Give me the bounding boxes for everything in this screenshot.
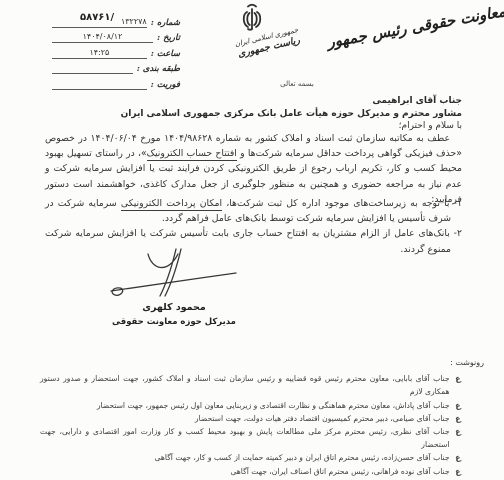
cc-bullet-icon: ع: [453, 398, 461, 412]
cc-list: ع جناب آقای بابایی، معاون محترم رئیس قوه…: [40, 372, 460, 478]
cc-bullet-icon: ع: [453, 464, 461, 478]
cc-item: ع جناب آقای پاداش، معاون محترم هماهنگی و…: [40, 399, 460, 412]
cc-item: ع جناب آقای نوده فراهانی، رئیس محترم اتا…: [40, 465, 460, 478]
department-title-calligraphy: معاونت حقوقی رئیس جمهور: [326, 3, 504, 52]
directive-1: ۱- با توجه به زیرساخت‌های موجود اداره کل…: [45, 196, 462, 226]
letterhead-fields: ۵۸۷۶۱/ شماره : ۱۳۲۲۷۸ تاریخ : ۱۴۰۴/۰۸/۱۲…: [52, 12, 180, 90]
signature-scribble: [106, 246, 242, 298]
cc-item: ع جناب آقای صیامی، دبیر محترم کمیسیون اق…: [40, 412, 460, 425]
cc-section: رونوشت : ع جناب آقای بابایی، معاون محترم…: [40, 356, 484, 478]
cc-bullet-icon: ع: [453, 425, 461, 439]
field-row-number: شماره : ۱۳۲۲۷۸: [52, 12, 180, 28]
body-underlined-phrase: افتتاح حساب الکترونیک: [147, 148, 237, 161]
urgency-value: [52, 78, 147, 90]
scanned-official-letter: ۵۸۷۶۱/ شماره : ۱۳۲۲۷۸ تاریخ : ۱۴۰۴/۰۸/۱۲…: [0, 0, 504, 480]
classification-value: [52, 62, 133, 74]
time-label: ساعت :: [147, 49, 180, 59]
signatory-name: محمود کلهری: [106, 302, 242, 313]
signatory-title: مدیرکل حوزه معاونت حقوقی: [106, 317, 242, 327]
recipient-title: مشاور محترم و مدیرکل حوزه هیأت عامل بانک…: [45, 108, 462, 121]
recipient-name: جناب آقای ابراهیمی: [45, 95, 462, 108]
classification-label: طبقه بندی :: [133, 64, 180, 74]
cc-bullet-icon: ع: [453, 372, 461, 386]
signature-block: محمود کلهری مدیرکل حوزه معاونت حقوقی: [106, 246, 242, 327]
org-title-block: جمهوری اسلامی ایران ریاست جمهوری: [219, 22, 317, 64]
directive-2-number: ۲-: [454, 228, 462, 239]
field-row-classification: طبقه بندی :: [52, 59, 180, 75]
urgency-label: فوریت :: [147, 80, 180, 90]
cc-bullet-icon: ع: [453, 411, 461, 425]
cc-item: ع جناب آقای بابایی، معاون محترم رئیس قوه…: [40, 372, 460, 398]
directive-1-underlined-phrase: امکان پرداخت الکترونیکی: [121, 198, 222, 211]
field-row-time: ساعت : ۱۴:۲۵: [52, 43, 180, 59]
cc-bullet-icon: ع: [453, 451, 461, 465]
letter-number-prefix: ۵۸۷۶۱/: [80, 12, 114, 23]
cc-heading: رونوشت :: [40, 356, 484, 369]
iran-emblem-icon: [236, 3, 268, 35]
directive-1-text-start: با توجه به زیرساخت‌های موجود اداره کل ثب…: [222, 198, 454, 209]
cc-item: ع جناب آقای نظری، رئیس محترم مرکز ملی مط…: [40, 425, 460, 451]
cc-item: ع جناب آقای حسن‌زاده، رئیس محترم اتاق ای…: [40, 451, 460, 464]
date-label: تاریخ :: [153, 33, 180, 43]
directive-1-number: ۱-: [454, 198, 462, 209]
date-value: ۱۴۰۴/۰۸/۱۲: [52, 31, 153, 43]
recipient-block: جناب آقای ابراهیمی مشاور محترم و مدیرکل …: [45, 95, 462, 133]
time-value: ۱۴:۲۵: [52, 47, 147, 59]
number-label: شماره :: [147, 18, 180, 28]
field-row-date: تاریخ : ۱۴۰۴/۰۸/۱۲: [52, 28, 180, 44]
field-row-urgency: فوریت :: [52, 74, 180, 90]
besmele-text: بسمه تعالی: [262, 80, 332, 88]
